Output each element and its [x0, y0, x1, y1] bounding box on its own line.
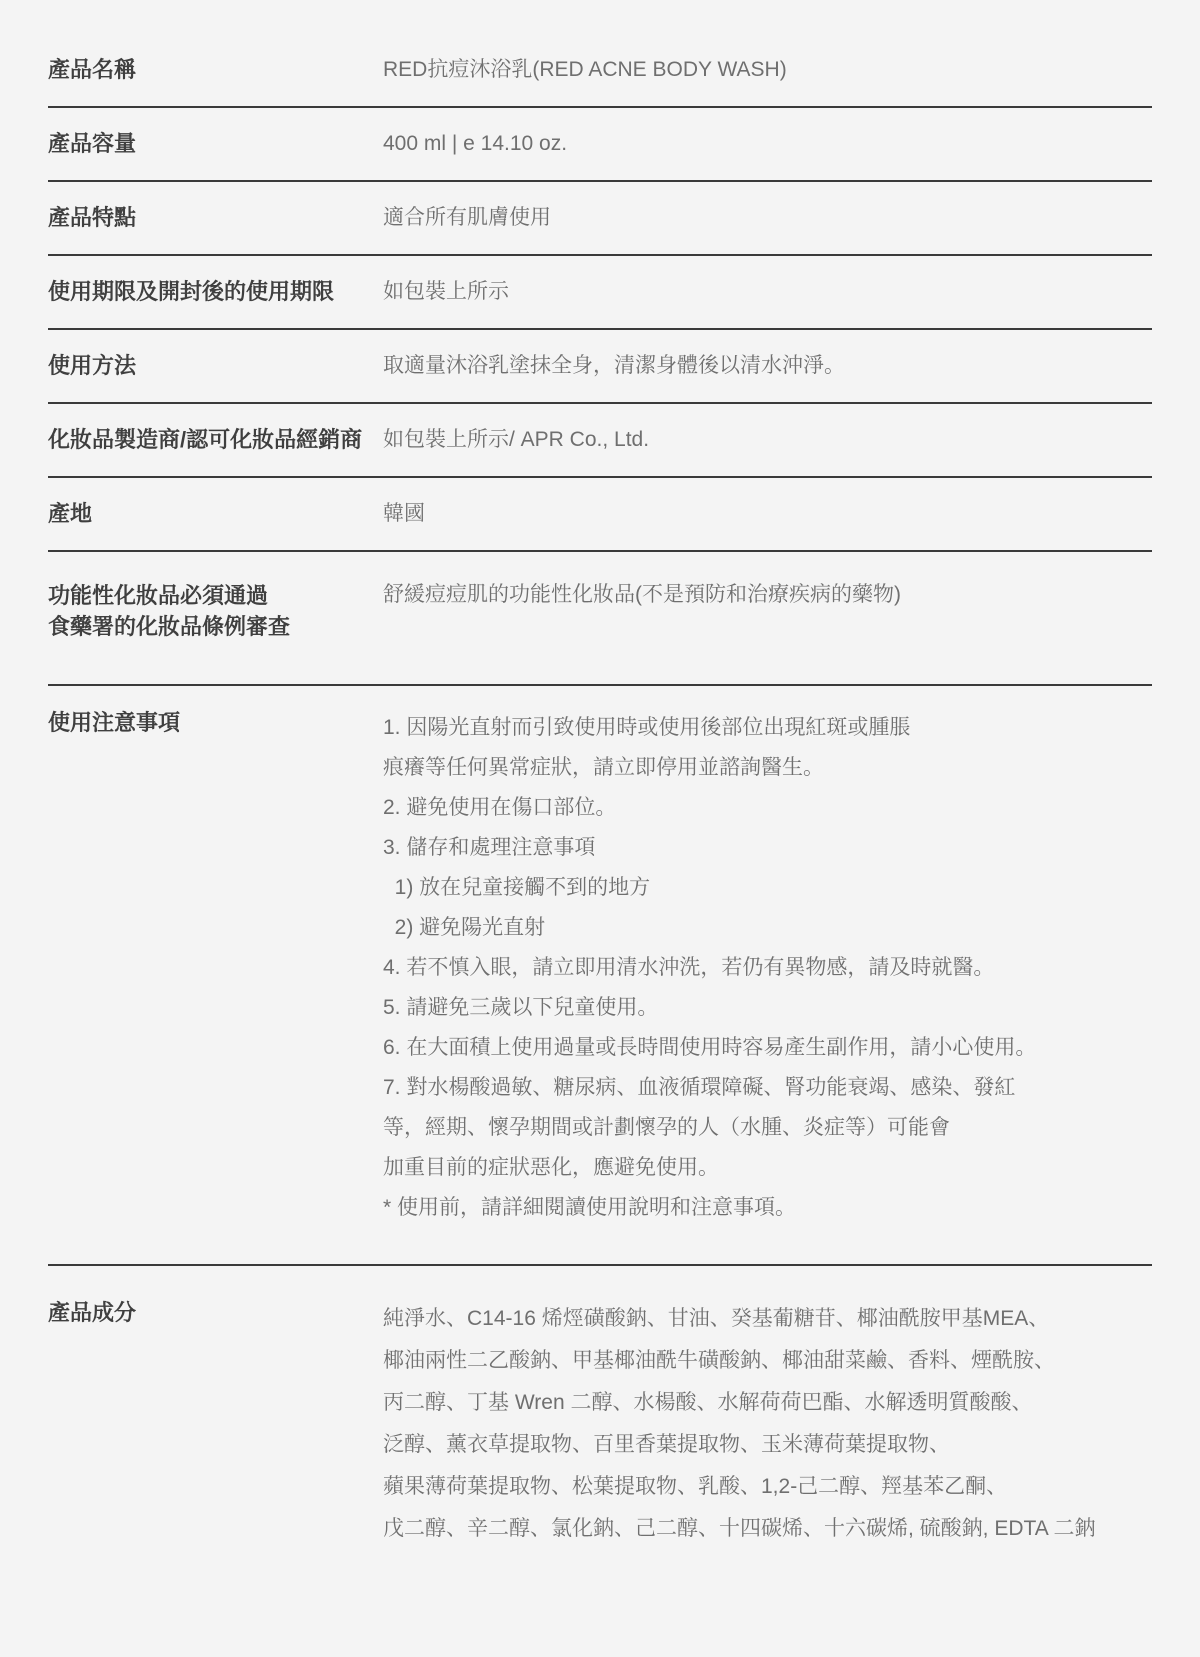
row-label: 產地 — [48, 499, 383, 529]
row-product-volume: 產品容量 400 ml | e 14.10 oz. — [48, 108, 1152, 182]
row-value: 取適量沐浴乳塗抹全身，清潔身體後以清水沖淨。 — [383, 351, 1152, 381]
row-label: 使用期限及開封後的使用期限 — [48, 277, 383, 307]
row-product-name: 產品名稱 RED抗痘沐浴乳(RED ACNE BODY WASH) — [48, 34, 1152, 108]
row-label: 產品容量 — [48, 129, 383, 159]
row-manufacturer: 化妝品製造商/認可化妝品經銷商 如包裝上所示/ APR Co., Ltd. — [48, 404, 1152, 478]
row-value: 純淨水、C14-16 烯烴磺酸鈉、甘油、癸基葡糖苷、椰油酰胺甲基MEA、 椰油兩… — [383, 1298, 1152, 1550]
row-label: 產品成分 — [48, 1298, 383, 1328]
row-ingredients: 產品成分 純淨水、C14-16 烯烴磺酸鈉、甘油、癸基葡糖苷、椰油酰胺甲基MEA… — [48, 1266, 1152, 1550]
row-product-features: 產品特點 適合所有肌膚使用 — [48, 182, 1152, 256]
row-origin: 產地 韓國 — [48, 478, 1152, 552]
row-label: 功能性化妝品必須通過 食藥署的化妝品條例審查 — [48, 580, 383, 642]
row-label: 產品特點 — [48, 203, 383, 233]
row-value: 舒緩痘痘肌的功能性化妝品(不是預防和治療疾病的藥物) — [383, 580, 1152, 610]
row-label: 使用方法 — [48, 351, 383, 381]
row-usage-method: 使用方法 取適量沐浴乳塗抹全身，清潔身體後以清水沖淨。 — [48, 330, 1152, 404]
row-value: RED抗痘沐浴乳(RED ACNE BODY WASH) — [383, 55, 1152, 85]
row-label: 使用注意事項 — [48, 708, 383, 738]
row-value: 1. 因陽光直射而引致使用時或使用後部位出現紅斑或腫脹 痕癢等任何異常症狀，請立… — [383, 708, 1152, 1228]
row-value: 韓國 — [383, 499, 1152, 529]
row-label: 化妝品製造商/認可化妝品經銷商 — [48, 425, 383, 455]
row-label: 產品名稱 — [48, 55, 383, 85]
row-value: 如包裝上所示 — [383, 277, 1152, 307]
row-precautions: 使用注意事項 1. 因陽光直射而引致使用時或使用後部位出現紅斑或腫脹 痕癢等任何… — [48, 686, 1152, 1266]
row-expiry-period: 使用期限及開封後的使用期限 如包裝上所示 — [48, 256, 1152, 330]
row-value: 400 ml | e 14.10 oz. — [383, 129, 1152, 159]
row-value: 如包裝上所示/ APR Co., Ltd. — [383, 425, 1152, 455]
product-info-table: 產品名稱 RED抗痘沐浴乳(RED ACNE BODY WASH) 產品容量 4… — [0, 0, 1200, 1657]
row-functional-cosmetics-review: 功能性化妝品必須通過 食藥署的化妝品條例審查 舒緩痘痘肌的功能性化妝品(不是預防… — [48, 552, 1152, 686]
row-value: 適合所有肌膚使用 — [383, 203, 1152, 233]
